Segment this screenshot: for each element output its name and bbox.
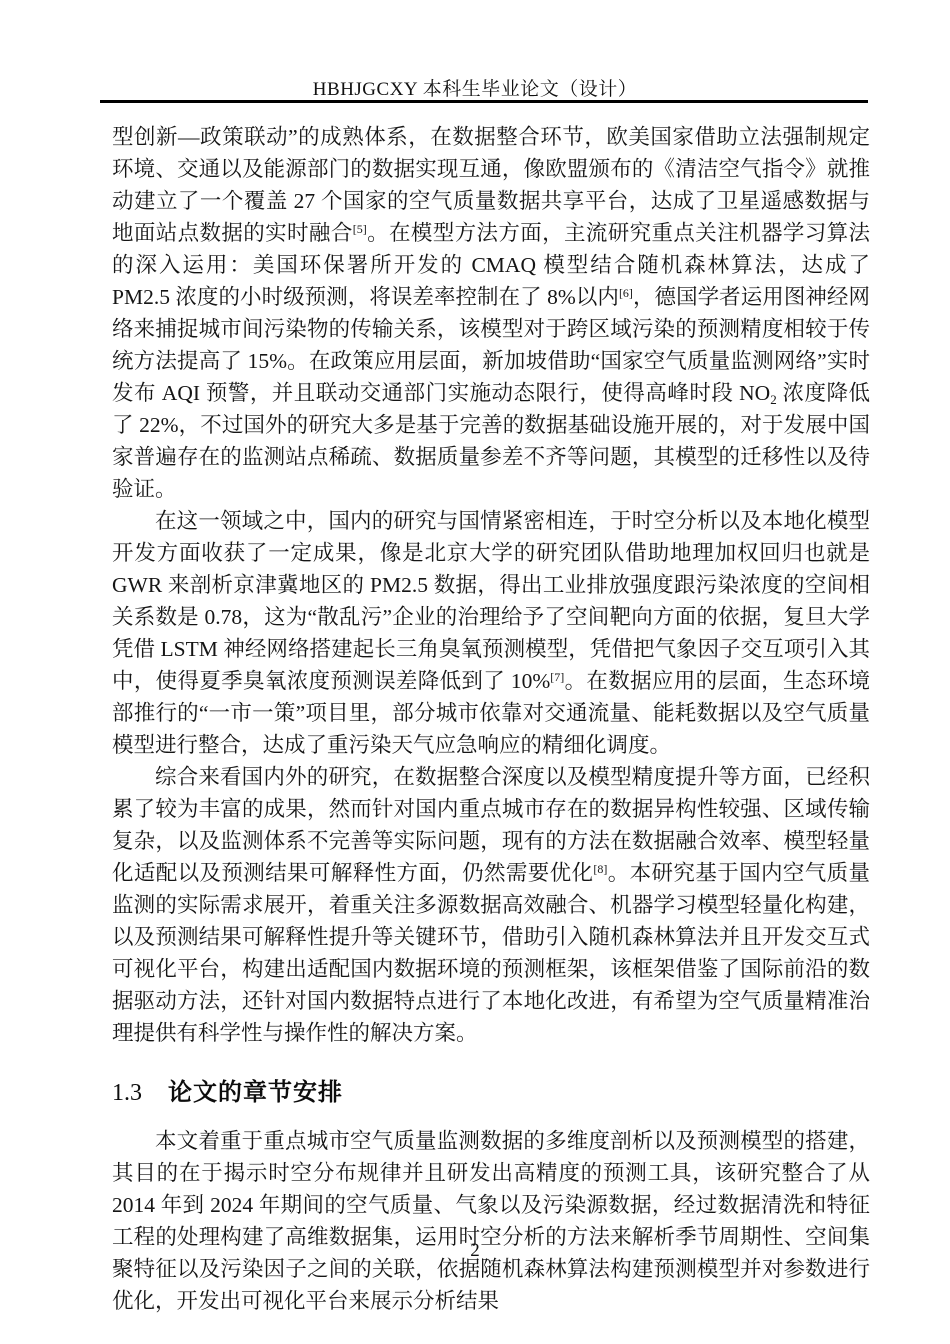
page-number: 2 [0, 1240, 950, 1262]
citation-superscript: [8] [593, 862, 607, 876]
header-rule [100, 100, 868, 103]
citation-superscript: [6] [619, 286, 633, 300]
section-number: 1.3 [112, 1080, 142, 1106]
paragraph: 型创新—政策联动”的成熟体系，在数据整合环节，欧美国家借助立法强制规定环境、交通… [112, 121, 870, 505]
chemical-subscript: 2 [770, 392, 777, 407]
document-body: 型创新—政策联动”的成熟体系，在数据整合环节，欧美国家借助立法强制规定环境、交通… [112, 121, 870, 1317]
section-title: 论文的章节安排 [168, 1079, 343, 1106]
header-title: HBHJGCXY 本科生毕业论文（设计） [0, 74, 950, 101]
paragraph: 在这一领域之中，国内的研究与国情紧密相连，于时空分析以及本地化模型开发方面收获了… [112, 505, 870, 761]
paragraph: 综合来看国内外的研究，在数据整合深度以及模型精度提升等方面，已经积累了较为丰富的… [112, 761, 870, 1049]
citation-superscript: [5] [353, 222, 367, 236]
citation-superscript: [7] [550, 670, 564, 684]
paragraph: 本文着重于重点城市空气质量监测数据的多维度剖析以及预测模型的搭建，其目的在于揭示… [112, 1125, 870, 1317]
section-heading: 1.3论文的章节安排 [112, 1076, 870, 1110]
document-page: HBHJGCXY 本科生毕业论文（设计） 型创新—政策联动”的成熟体系，在数据整… [0, 0, 950, 1344]
